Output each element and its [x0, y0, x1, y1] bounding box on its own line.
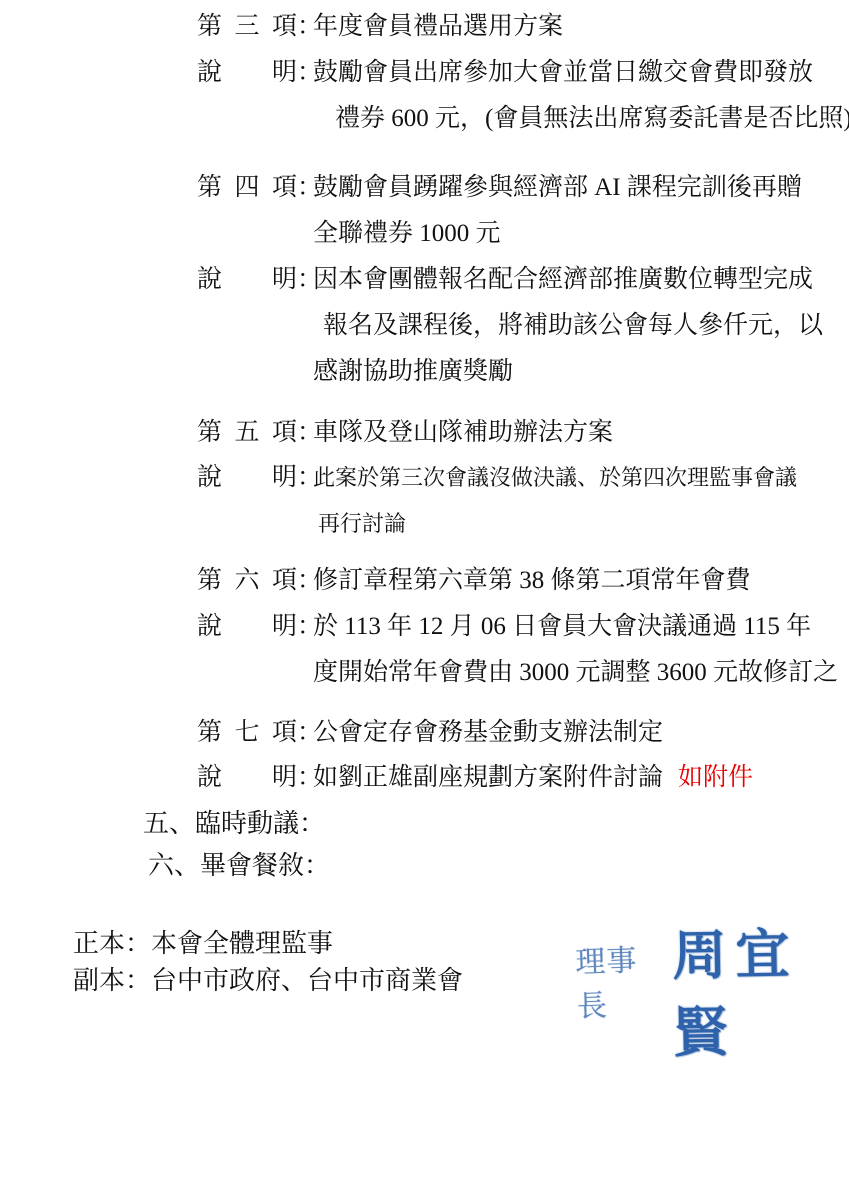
- agenda-item-6-explain-row: 說 明：於 113 年 12 月 06 日會員大會決議通過 115 年: [197, 612, 811, 642]
- item-5-explain-label: 說 明: [197, 463, 297, 493]
- agenda-item-7-title-row: 第 七 項：公會定存會務基金動支辦法制定: [197, 718, 663, 748]
- colon-separator: ：: [297, 763, 313, 793]
- colon-separator: ：: [297, 418, 313, 448]
- seal-title: 理事長: [574, 935, 664, 1026]
- item-7-explain-line1: 如劉正雄副座規劃方案附件討論: [313, 764, 663, 791]
- item-6-explain-line1: 於 113 年 12 月 06 日會員大會決議通過 115 年: [313, 613, 811, 640]
- item-4-explain-label: 說 明: [197, 265, 297, 295]
- duplicate-copy-text: 副本：台中市政府、台中市商業會: [73, 966, 463, 995]
- agenda-item-7-explain-row: 說 明：如劉正雄副座規劃方案附件討論如附件: [197, 763, 753, 793]
- agenda-item-5-explain-cont-row: 再行討論: [318, 509, 406, 539]
- item-7-number-label: 第 七 項: [197, 718, 297, 748]
- item-3-explain-label: 說 明: [197, 58, 297, 88]
- item-7-explain-label: 說 明: [197, 763, 297, 793]
- agenda-item-4-title-cont-row: 全聯禮券 1000 元: [313, 219, 501, 249]
- agenda-item-5-explain-row: 說 明：此案於第三次會議沒做決議、於第四次理監事會議: [197, 463, 797, 493]
- footer-duplicate-copy-row: 副本：台中市政府、台中市商業會: [73, 965, 463, 996]
- footer-original-copy-row: 正本：本會全體理監事: [73, 928, 333, 959]
- colon-separator: ：: [297, 566, 313, 596]
- colon-separator: ：: [297, 12, 313, 42]
- item-7-title: 公會定存會務基金動支辦法制定: [313, 719, 663, 746]
- item-6-title: 修訂章程第六章第 38 條第二項常年會費: [313, 567, 751, 594]
- item-3-explain-line1: 鼓勵會員出席參加大會並當日繳交會費即發放: [313, 59, 813, 86]
- item-4-explain-line3: 感謝協助推廣獎勵: [313, 358, 513, 385]
- item-4-number-label: 第 四 項: [197, 173, 297, 203]
- document-page: 第 三 項：年度會員禮品選用方案 說 明：鼓勵會員出席參加大會並當日繳交會費即發…: [0, 0, 849, 1200]
- item-4-title: 鼓勵會員踴躍參與經濟部 AI 課程完訓後再贈: [313, 174, 802, 201]
- item-5-title: 車隊及登山隊補助辦法方案: [313, 419, 613, 446]
- agenda-item-4-explain-cont-row: 報名及課程後，將補助該公會每人參仟元，以: [323, 311, 823, 341]
- section-dinner-text: 六、畢會餐敘：: [148, 851, 330, 880]
- item-5-explain-line2: 再行討論: [318, 511, 406, 536]
- colon-separator: ：: [297, 265, 313, 295]
- item-5-number-label: 第 五 項: [197, 418, 297, 448]
- agenda-item-6-explain-cont-row: 度開始常年會費由 3000 元調整 3600 元故修訂之: [313, 658, 838, 688]
- item-4-explain-line2: 報名及課程後，將補助該公會每人參仟元，以: [323, 312, 823, 339]
- item-3-number-label: 第 三 項: [197, 12, 297, 42]
- section-motions-row: 五、臨時動議：: [143, 808, 325, 839]
- colon-separator: ：: [297, 463, 313, 493]
- colon-separator: ：: [297, 173, 313, 203]
- item-5-explain-line1: 此案於第三次會議沒做決議、於第四次理監事會議: [313, 465, 797, 490]
- item-3-explain-line2: 禮券 600 元，(會員無法出席寫委託書是否比照): [335, 105, 849, 132]
- agenda-item-4-explain-row: 說 明：因本會團體報名配合經濟部推廣數位轉型完成: [197, 265, 813, 295]
- agenda-item-3-explain-cont-row: 禮券 600 元，(會員無法出席寫委託書是否比照): [335, 104, 849, 134]
- item-3-title: 年度會員禮品選用方案: [313, 13, 563, 40]
- section-dinner-row: 六、畢會餐敘：: [148, 850, 330, 881]
- item-4-explain-line1: 因本會團體報名配合經濟部推廣數位轉型完成: [313, 266, 813, 293]
- agenda-item-4-title-row: 第 四 項：鼓勵會員踴躍參與經濟部 AI 課程完訓後再贈: [197, 173, 802, 203]
- item-6-number-label: 第 六 項: [197, 566, 297, 596]
- attachment-highlight: 如附件: [678, 764, 753, 791]
- agenda-item-4-explain-cont-row: 感謝協助推廣獎勵: [313, 357, 513, 387]
- agenda-item-3-explain-row: 說 明：鼓勵會員出席參加大會並當日繳交會費即發放: [197, 58, 813, 88]
- agenda-item-5-title-row: 第 五 項：車隊及登山隊補助辦法方案: [197, 418, 613, 448]
- item-6-explain-label: 說 明: [197, 612, 297, 642]
- seal-name: 周宜賢: [671, 910, 849, 1067]
- agenda-item-6-title-row: 第 六 項：修訂章程第六章第 38 條第二項常年會費: [197, 566, 751, 596]
- agenda-item-3-title-row: 第 三 項：年度會員禮品選用方案: [197, 12, 563, 42]
- colon-separator: ：: [297, 58, 313, 88]
- original-copy-text: 正本：本會全體理監事: [73, 929, 333, 958]
- item-4-title-line2: 全聯禮券 1000 元: [313, 220, 501, 247]
- section-motions-text: 五、臨時動議：: [143, 809, 325, 838]
- colon-separator: ：: [297, 718, 313, 748]
- colon-separator: ：: [297, 612, 313, 642]
- chairman-seal: 理事長 周宜賢: [576, 912, 849, 1066]
- item-6-explain-line2: 度開始常年會費由 3000 元調整 3600 元故修訂之: [313, 659, 838, 686]
